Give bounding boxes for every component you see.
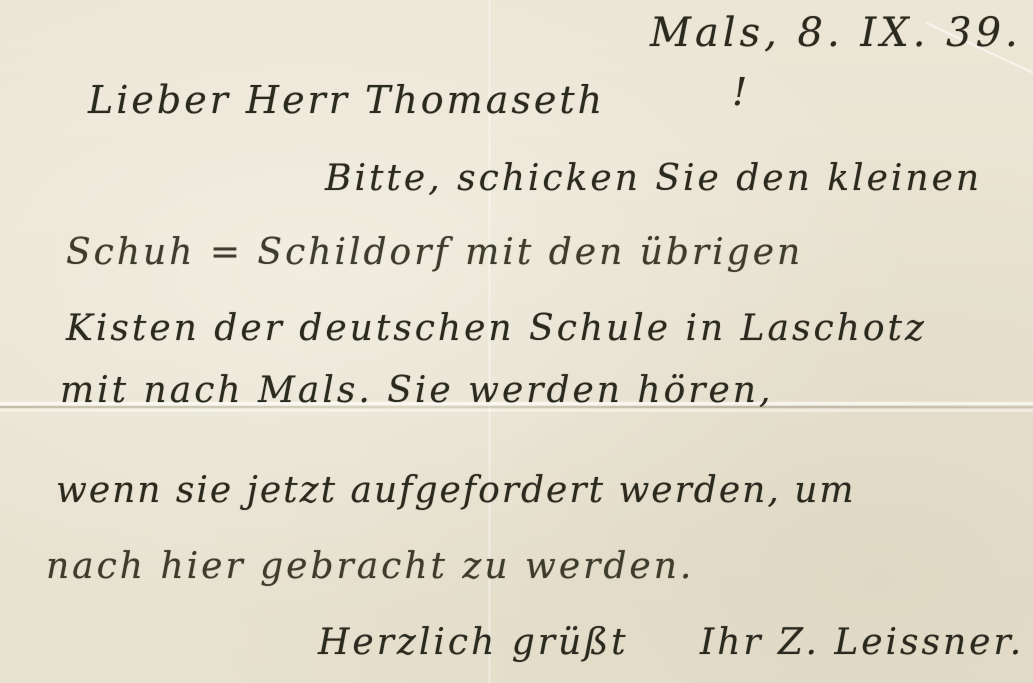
body-line: Schuh = Schildorf mit den übrigen — [66, 232, 803, 273]
closing: Herzlich grüßt — [318, 622, 629, 663]
body-line: Bitte, schicken Sie den kleinen — [325, 158, 982, 199]
body-line: nach hier gebracht zu werden. — [46, 546, 694, 587]
place-date: Mals, 8. IX. 39. — [650, 10, 1022, 56]
body-line: Kisten der deutschen Schule in Laschotz — [66, 308, 927, 349]
body-line: wenn sie jetzt aufgefordert werden, um — [56, 470, 856, 511]
salutation-exclamation: ! — [732, 70, 748, 114]
letter-paper: Mals, 8. IX. 39. Lieber Herr Thomaseth !… — [0, 0, 1033, 683]
signature: Ihr Z. Leissner. — [700, 622, 1024, 663]
body-line: mit nach Mals. Sie werden hören, — [60, 370, 773, 411]
salutation: Lieber Herr Thomaseth — [88, 78, 605, 122]
